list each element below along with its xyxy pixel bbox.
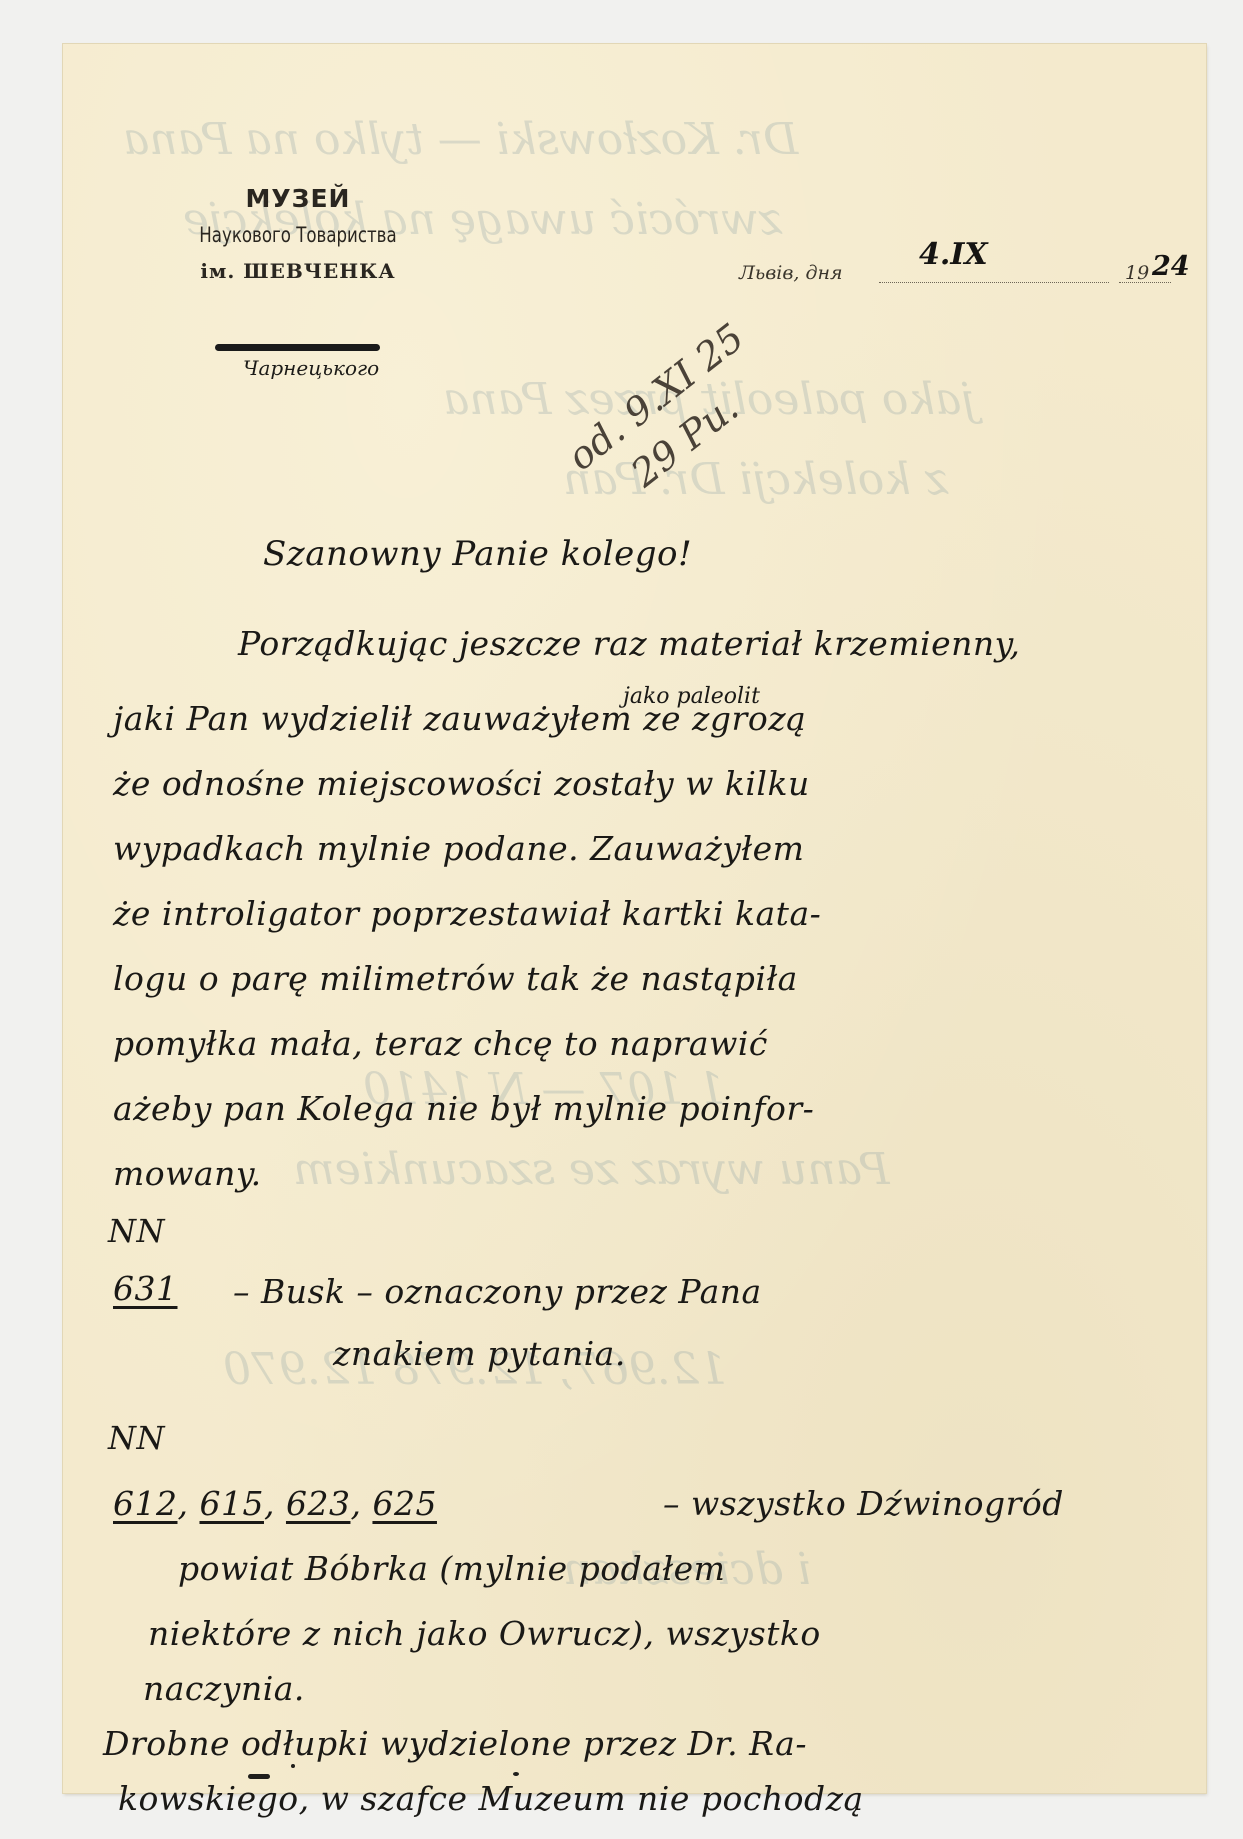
- letterhead-name: ім. ШЕВЧЕНКА: [173, 259, 423, 283]
- date-year-dotted-line: [1119, 282, 1171, 283]
- closing-line: Drobne odłupki wydzielone przez Dr. Ra-: [103, 1724, 807, 1763]
- entry-text: naczynia.: [143, 1669, 305, 1708]
- date-year-prefix: 19: [1125, 262, 1149, 284]
- ink-speck: [513, 1772, 519, 1776]
- struck-out-line: [215, 344, 380, 351]
- ink-speck: [248, 1774, 270, 1779]
- closing-line: kowskiego, w szafce Muzeum nie pochodzą: [118, 1779, 864, 1818]
- body-line: pomyłka mała, teraz chcę to naprawić: [113, 1024, 768, 1063]
- letterhead-society: Наукового Товариства: [188, 223, 408, 247]
- salutation: Szanowny Panie kolego!: [263, 534, 692, 574]
- entry-text: znakiem pytania.: [333, 1334, 626, 1373]
- entry-text: – wszystko Dźwinogród: [663, 1484, 1064, 1523]
- date-dotted-line: [879, 282, 1109, 283]
- letterhead-museum: МУЗЕЙ: [173, 184, 423, 213]
- date-day: 4.IX: [919, 237, 988, 272]
- entry-numbers: 612, 615, 623, 625: [113, 1484, 437, 1523]
- body-line: wypadkach mylnie podane. Zauważyłem: [113, 829, 804, 868]
- letter-page: Dr. Kozłowski — tylko na Pana zwrócić uw…: [63, 44, 1206, 1793]
- body-line: ażeby pan Kolega nie był mylnie poinfor-: [113, 1089, 814, 1128]
- receipt-annotation: od. 9.XI 25 29 Pu.: [531, 281, 834, 567]
- entry-label: NN: [108, 1419, 165, 1457]
- date-year: 24: [1152, 251, 1190, 282]
- handwritten-correction: Чарнецького: [243, 356, 379, 380]
- letterhead: МУЗЕЙ Наукового Товариства ім. ШЕВЧЕНКА …: [173, 184, 423, 283]
- body-line: logu o parę milimetrów tak że nastąpiła: [113, 959, 798, 998]
- body-line: jaki Pan wydzielił zauważyłem ze zgrozą: [113, 699, 806, 738]
- date-place: Львів, дня: [739, 262, 843, 284]
- entry-number: 625: [372, 1484, 437, 1523]
- entry-label: NN: [108, 1212, 165, 1250]
- bleed-through-text: Dr. Kozłowski — tylko na Pana: [123, 114, 798, 165]
- entry-text: – Busk – oznaczony przez Pana: [233, 1272, 762, 1311]
- ink-speck: [413, 1752, 417, 1755]
- body-line: że introligator poprzestawiał kartki kat…: [113, 894, 821, 933]
- ink-speck: [291, 1764, 295, 1768]
- body-line: że odnośne miejscowości zostały w kilku: [113, 764, 810, 803]
- entry-number: 615: [199, 1484, 264, 1523]
- entry-text: powiat Bóbrka (mylnie podałem: [178, 1549, 725, 1588]
- body-line: Porządkując jeszcze raz materiał krzemie…: [238, 624, 1020, 663]
- entry-number: 612: [113, 1484, 178, 1523]
- entry-number: 623: [286, 1484, 351, 1523]
- entry-text: niektóre z nich jako Owrucz), wszystko: [148, 1614, 821, 1653]
- bleed-through-text: Panu wyraz ze szacunkiem: [293, 1144, 890, 1195]
- body-line: mowany.: [113, 1154, 262, 1193]
- entry-number: 631: [113, 1269, 178, 1308]
- dateline: Львів, дня 4.IX 19 24: [739, 247, 1179, 287]
